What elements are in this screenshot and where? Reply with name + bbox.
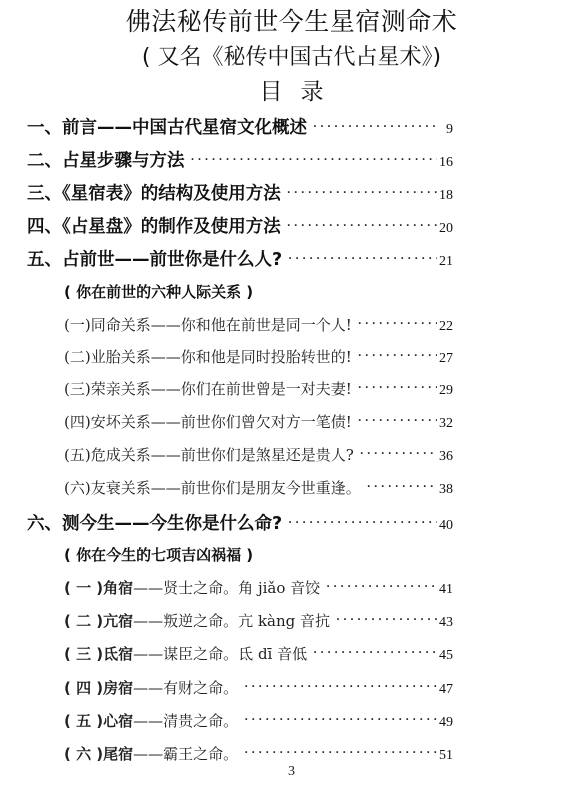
table-of-contents: 一、前言——中国古代星宿文化概述 9 二、占星步骤与方法 16 三、《星宿表》的… [0,0,583,785]
toc-past-life-item-3[interactable]: (三) 荣亲关系——你们在前世曾是一对夫妻! 29 [64,378,453,399]
mansion-name: 房宿 [103,677,133,698]
toc-past-life-item-5[interactable]: (五) 危成关系——前世你们是煞星还是贵人? 36 [64,444,453,465]
page-number: 38 [439,482,453,498]
dot-leader [288,515,437,530]
dot-leader [313,645,437,660]
subsection-number: ( 六 ) [64,743,103,764]
mansion-name: 亢宿 [103,610,133,631]
subsection-title: 安坏关系——前世你们曾欠对方一笔债! [91,411,352,432]
subsection-title: ——谋臣之命。氐 dī 音低 [133,643,307,664]
subsection-title: ——贤士之命。角 jiǎo 音饺 [133,577,320,598]
dot-leader [358,316,437,331]
subsection-title: ——霸王之命。 [133,743,238,764]
subsection-number: ( 二 ) [64,610,103,631]
chapter-title: 六、测今生——今生你是什么命? [27,510,282,535]
dot-leader [358,380,437,395]
subsection-title: ——清贵之命。 [133,710,238,731]
subsection-title: 危成关系——前世你们是煞星还是贵人? [91,444,354,465]
toc-present-life-item-6[interactable]: ( 六 ) 尾宿 ——霸王之命。 51 [64,743,453,764]
subsection-number: ( 三 ) [64,643,103,664]
subsection-title: ——有财之命。 [133,677,238,698]
dot-leader [244,712,437,727]
page-number: 41 [439,582,453,598]
dot-leader [288,251,437,266]
toc-past-life-item-2[interactable]: (二) 业胎关系——你和他是同时投胎转世的! 27 [64,346,453,367]
page-number: 40 [439,518,453,534]
mansion-name: 尾宿 [103,743,133,764]
toc-chapter-6[interactable]: 六、测今生——今生你是什么命? 40 [27,510,453,535]
page-number: 29 [439,383,453,399]
book-page: 佛法秘传前世今生星宿测命术 ( 又名《秘传中国古代占星术》) 目录 一、前言——… [0,0,583,785]
dot-leader [287,185,437,200]
subsection-number: (五) [64,444,91,465]
section-note-past-life: ( 你在前世的六种人际关系 ) [64,281,253,302]
toc-past-life-item-4[interactable]: (四) 安坏关系——前世你们曾欠对方一笔债! 32 [64,411,453,432]
subsection-title: 友衰关系——前世你们是朋友今世重逢。 [91,477,361,498]
mansion-name: 氐宿 [103,643,133,664]
subsection-title: 同命关系——你和他在前世是同一个人! [91,314,352,335]
subsection-title: ——叛逆之命。亢 kàng 音抗 [133,610,330,631]
page-number: 9 [441,122,453,138]
toc-past-life-item-6[interactable]: (六) 友衰关系——前世你们是朋友今世重逢。 38 [64,477,453,498]
subsection-number: ( 一 ) [64,577,103,598]
page-number: 51 [439,748,453,764]
page-number: 36 [439,449,453,465]
dot-leader [313,119,439,134]
subsection-number: ( 五 ) [64,710,103,731]
toc-present-life-item-5[interactable]: ( 五 ) 心宿 ——清贵之命。 49 [64,710,453,731]
toc-present-life-item-2[interactable]: ( 二 ) 亢宿 ——叛逆之命。亢 kàng 音抗 43 [64,610,453,631]
page-number: 43 [439,615,453,631]
toc-chapter-5[interactable]: 五、占前世——前世你是什么人? 21 [27,246,453,271]
subsection-number: (四) [64,411,91,432]
dot-leader [336,612,437,627]
toc-present-life-item-1[interactable]: ( 一 ) 角宿 ——贤士之命。角 jiǎo 音饺 41 [64,577,453,598]
page-folio-number: 3 [0,764,583,780]
subsection-number: (三) [64,378,91,399]
dot-leader [191,152,438,167]
subsection-number: (二) [64,346,91,367]
chapter-title: 一、前言——中国古代星宿文化概述 [27,114,307,139]
dot-leader [244,679,437,694]
page-number: 22 [439,319,453,335]
mansion-name: 心宿 [103,710,133,731]
page-number: 27 [439,351,453,367]
page-number: 21 [439,254,453,270]
toc-chapter-4[interactable]: 四、《占星盘》的制作及使用方法 20 [27,213,453,238]
toc-chapter-3[interactable]: 三、《星宿表》的结构及使用方法 18 [27,180,453,205]
page-number: 16 [439,155,453,171]
toc-present-life-item-4[interactable]: ( 四 ) 房宿 ——有财之命。 47 [64,677,453,698]
toc-chapter-2[interactable]: 二、占星步骤与方法 16 [27,147,453,172]
chapter-title: 五、占前世——前世你是什么人? [27,246,282,271]
page-number: 20 [439,221,453,237]
page-number: 49 [439,715,453,731]
toc-past-life-item-1[interactable]: (一) 同命关系——你和他在前世是同一个人! 22 [64,314,453,335]
toc-present-life-item-3[interactable]: ( 三 ) 氐宿 ——谋臣之命。氐 dī 音低 45 [64,643,453,664]
dot-leader [287,218,437,233]
page-number: 18 [439,188,453,204]
chapter-title: 二、占星步骤与方法 [27,147,185,172]
page-number: 32 [439,416,453,432]
chapter-title: 三、《星宿表》的结构及使用方法 [27,180,281,205]
dot-leader [360,446,437,461]
mansion-name: 角宿 [103,577,133,598]
toc-chapter-1[interactable]: 一、前言——中国古代星宿文化概述 9 [27,114,453,139]
dot-leader [367,479,437,494]
subsection-number: (一) [64,314,91,335]
dot-leader [244,745,437,760]
dot-leader [326,579,437,594]
page-number: 45 [439,648,453,664]
dot-leader [358,413,437,428]
chapter-title: 四、《占星盘》的制作及使用方法 [27,213,281,238]
subsection-title: 业胎关系——你和他是同时投胎转世的! [91,346,352,367]
subsection-number: (六) [64,477,91,498]
dot-leader [358,348,437,363]
subsection-title: 荣亲关系——你们在前世曾是一对夫妻! [91,378,352,399]
section-note-present-life: ( 你在今生的七项吉凶祸福 ) [64,544,253,565]
page-number: 47 [439,682,453,698]
subsection-number: ( 四 ) [64,677,103,698]
